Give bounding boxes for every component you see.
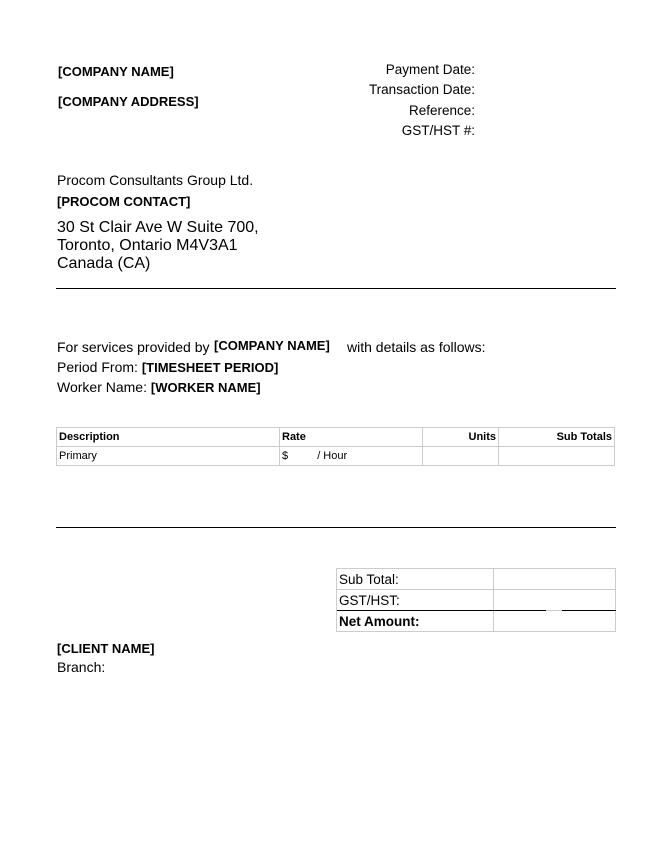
services-intro-suffix: with details as follows: <box>347 339 486 355</box>
worker-label: Worker Name: <box>57 379 147 395</box>
gst-total-value <box>494 590 616 611</box>
items-header-row: Description Rate Units Sub Totals <box>57 428 615 447</box>
row-description: Primary <box>57 447 280 466</box>
recipient-address-line1: 30 St Clair Ave W Suite 700, <box>57 219 259 237</box>
gst-underline-left <box>337 610 546 611</box>
header-description: Description <box>57 428 280 447</box>
header-units: Units <box>423 428 499 447</box>
gst-underline-right <box>562 610 616 611</box>
company-name: [COMPANY NAME] <box>58 64 174 79</box>
row-subtotal <box>499 447 615 466</box>
row-rate: $ / Hour <box>280 447 423 466</box>
items-table: Description Rate Units Sub Totals Primar… <box>56 427 615 466</box>
services-company-name: [COMPANY NAME] <box>214 338 330 353</box>
net-amount-row: Net Amount: <box>337 611 616 632</box>
recipient-address-line3: Canada (CA) <box>57 255 150 273</box>
totals-table: Sub Total: GST/HST: Net Amount: <box>336 568 616 632</box>
gst-row: GST/HST: <box>337 590 616 611</box>
recipient-address-line2: Toronto, Ontario M4V3A1 <box>57 237 238 255</box>
recipient-company: Procom Consultants Group Ltd. <box>57 172 253 188</box>
header-sub-totals: Sub Totals <box>499 428 615 447</box>
branch-label: Branch: <box>57 659 105 675</box>
period-label: Period From: <box>57 359 138 375</box>
divider-top <box>56 288 616 289</box>
client-name: [CLIENT NAME] <box>57 641 155 656</box>
period-line: Period From: [TIMESHEET PERIOD] <box>57 359 278 375</box>
rate-currency: $ <box>282 450 288 462</box>
net-amount-label: Net Amount: <box>337 611 494 632</box>
row-units <box>423 447 499 466</box>
worker-line: Worker Name: [WORKER NAME] <box>57 379 261 395</box>
transaction-date-label: Transaction Date: <box>369 82 475 97</box>
sub-total-value <box>494 569 616 590</box>
payment-date-label: Payment Date: <box>386 62 475 77</box>
net-amount-value <box>494 611 616 632</box>
gst-number-label: GST/HST #: <box>402 123 475 138</box>
worker-value: [WORKER NAME] <box>151 380 261 395</box>
period-value: [TIMESHEET PERIOD] <box>142 360 279 375</box>
rate-unit: / Hour <box>317 450 347 462</box>
company-address: [COMPANY ADDRESS] <box>58 94 199 109</box>
services-intro-prefix: For services provided by <box>57 339 210 355</box>
sub-total-label: Sub Total: <box>337 569 494 590</box>
gst-total-label: GST/HST: <box>337 590 494 611</box>
header-rate: Rate <box>280 428 423 447</box>
table-row: Primary $ / Hour <box>57 447 615 466</box>
reference-label: Reference: <box>409 103 475 118</box>
sub-total-row: Sub Total: <box>337 569 616 590</box>
divider-bottom <box>56 527 616 528</box>
recipient-contact: [PROCOM CONTACT] <box>57 194 190 209</box>
